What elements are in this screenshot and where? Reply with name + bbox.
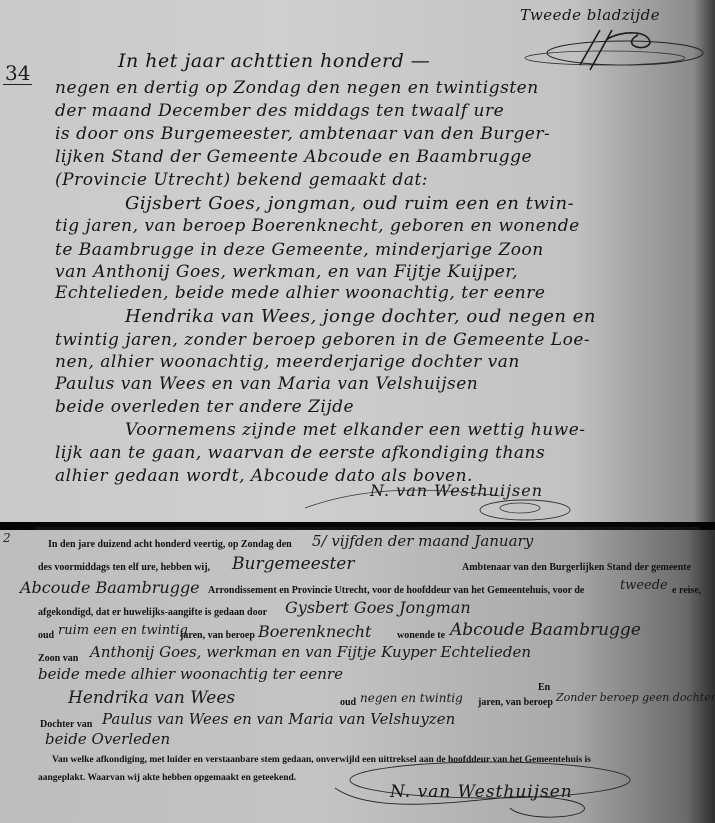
- filled-municipality: Abcoude Baambrugge: [20, 578, 200, 597]
- printed-arrondissement: Arrondissement en Provincie Utrecht, voo…: [208, 585, 584, 596]
- line-5: lijken Stand der Gemeente Abcoude en Baa…: [55, 147, 532, 167]
- line-9: te Baambrugge in deze Gemeente, minderja…: [55, 240, 544, 260]
- filled-groom-age: ruim een en twintig: [58, 623, 188, 638]
- filled-groom-residence: Abcoude Baambrugge: [450, 620, 641, 640]
- page-header: Tweede bladzijde: [520, 6, 660, 24]
- filled-bride: Hendrika van Wees: [68, 688, 235, 708]
- printed-round-suffix: e reise,: [672, 585, 701, 596]
- printed-bride-occupation-label: jaren, van beroep: [478, 697, 553, 708]
- printed-official-title: Ambtenaar van den Burgerlijken Stand der…: [462, 562, 691, 573]
- filled-round: tweede: [620, 578, 668, 593]
- paraph-signature-icon: [520, 25, 705, 75]
- filled-groom-parents-cont: beide mede alhier woonachtig ter eenre: [38, 665, 343, 683]
- printed-time: des voormiddags ten elf ure, hebben wij,: [38, 562, 210, 573]
- printed-closing-2: aangeplakt. Waarvan wij akte hebben opge…: [38, 773, 296, 783]
- line-15: Paulus van Wees en van Maria van Velshui…: [55, 374, 478, 394]
- upper-record-page: Tweede bladzijde 34 In het jaar achttien…: [0, 0, 715, 523]
- filled-bride-occupation: Zonder beroep geen dochter: [556, 691, 715, 704]
- printed-groom-age-label: oud: [38, 630, 54, 641]
- filled-groom-occupation: Boerenknecht: [258, 622, 371, 641]
- filled-groom-parents: Anthonij Goes, werkman en van Fijtje Kuy…: [90, 643, 531, 661]
- registrar-signature: N. van Westhuijsen: [370, 481, 543, 500]
- lower-record-number: 2: [3, 531, 11, 545]
- line-18: lijk aan te gaan, waarvan de eerste afko…: [55, 443, 545, 463]
- line-14: nen, alhier woonachtig, meerderjarige do…: [55, 352, 520, 372]
- printed-bride-age-label: oud: [340, 697, 356, 708]
- printed-and: En: [538, 682, 550, 693]
- line-1: In het jaar achttien honderd —: [118, 50, 430, 72]
- line-3: der maand December des middags ten twaal…: [55, 101, 504, 121]
- line-10: van Anthonij Goes, werkman, en van Fijtj…: [55, 262, 518, 282]
- line-2: negen en dertig op Zondag den negen en t…: [55, 78, 539, 98]
- printed-intro: In den jare duizend acht honderd veertig…: [48, 539, 292, 550]
- filled-bride-parents: Paulus van Wees en van Maria van Velshuy…: [102, 710, 455, 728]
- printed-daughter-of: Dochter van: [40, 719, 92, 730]
- printed-residence-label: wonende te: [397, 630, 445, 641]
- line-7: Gijsbert Goes, jongman, oud ruim een en …: [125, 193, 574, 214]
- record-number: 34: [3, 62, 32, 85]
- filled-bride-parents-cont: beide Overleden: [45, 730, 170, 748]
- line-12: Hendrika van Wees, jonge dochter, oud ne…: [125, 306, 596, 327]
- line-8: tig jaren, van beroep Boerenknecht, gebo…: [55, 216, 580, 236]
- line-6: (Provincie Utrecht) bekend gemaakt dat:: [55, 170, 428, 190]
- filled-date: 5/ vijfden der maand January: [312, 532, 533, 550]
- filled-groom: Gysbert Goes Jongman: [285, 598, 471, 617]
- filled-official: Burgemeester: [232, 554, 355, 574]
- line-13: twintig jaren, zonder beroep geboren in …: [55, 330, 590, 350]
- line-17: Voornemens zijnde met elkander een wetti…: [125, 420, 586, 440]
- filled-bride-age: negen en twintig: [360, 691, 463, 705]
- lower-record-form: 2 In den jare duizend acht honderd veert…: [0, 530, 715, 823]
- printed-son-of: Zoon van: [38, 653, 78, 664]
- line-11: Echtelieden, beide mede alhier woonachti…: [55, 283, 545, 303]
- printed-groom-occupation-label: jaren, van beroep: [180, 630, 255, 641]
- line-16: beide overleden ter andere Zijde: [55, 397, 354, 417]
- printed-announcement: afgekondigd, dat er huwelijks-aangifte i…: [38, 607, 267, 618]
- line-4: is door ons Burgemeester, ambtenaar van …: [55, 124, 550, 144]
- lower-registrar-signature: N. van Westhuijsen: [390, 782, 573, 802]
